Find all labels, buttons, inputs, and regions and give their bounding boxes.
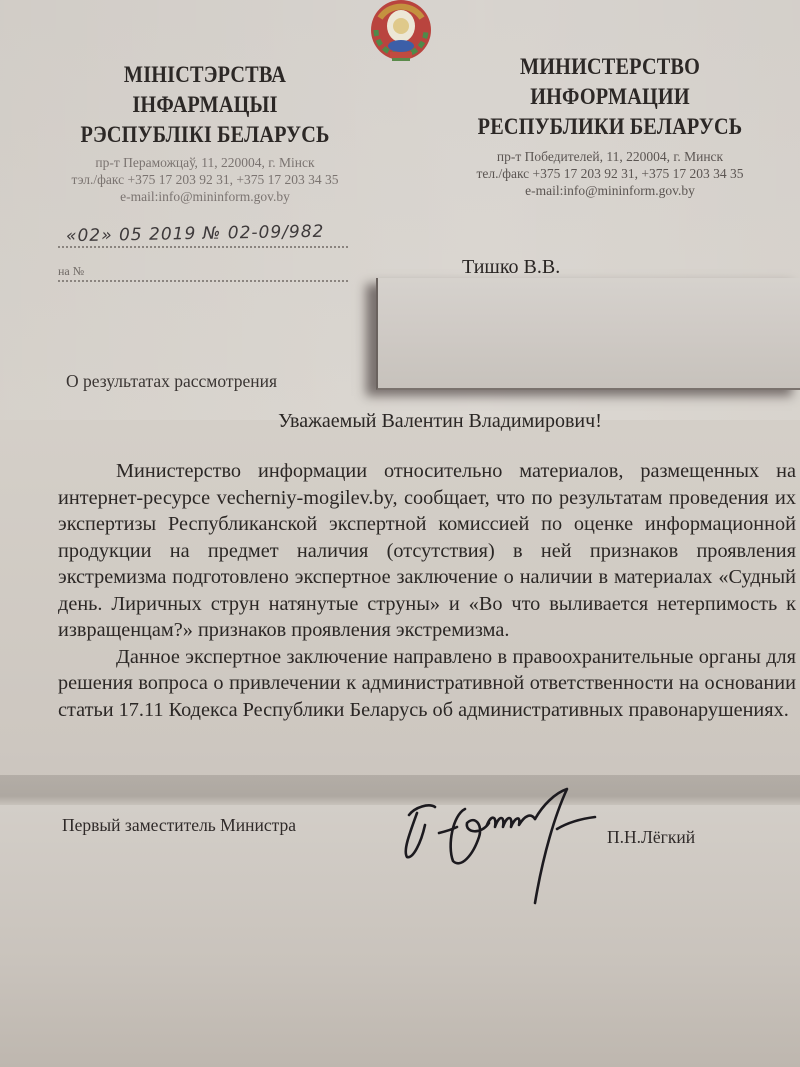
outgoing-reference: «02» 05 2019 № 02-09/982 на № <box>58 222 348 290</box>
signatory-name: П.Н.Лёгкий <box>607 827 695 848</box>
letterhead-belarusian: МІНІСТЭРСТВА ІНФАРМАЦЫІ РЭСПУБЛІКІ БЕЛАР… <box>40 60 370 205</box>
handwritten-signature-icon <box>395 785 605 910</box>
email-ru: e-mail:info@mininform.gov.by <box>440 182 780 199</box>
greeting: Уважаемый Валентин Владимирович! <box>0 410 800 433</box>
belarus-coat-of-arms-icon <box>366 0 436 64</box>
outgoing-date-number: «02» 05 2019 № 02-09/982 <box>66 222 325 247</box>
addressee: Тишко В.В. <box>462 256 560 279</box>
redacted-address-fold <box>376 278 800 390</box>
body-paragraph: Министерство информации относительно мат… <box>58 458 796 644</box>
email-be: e-mail:info@mininform.gov.by <box>40 188 370 205</box>
subject-line: О результатах рассмотрения <box>66 371 277 392</box>
signatory-position: Первый заместитель Министра <box>62 815 296 836</box>
phone-be: тэл./факс +375 17 203 92 31, +375 17 203… <box>40 171 370 188</box>
address-be: пр-т Пераможцаў, 11, 220004, г. Мінск <box>40 154 370 171</box>
address-ru: пр-т Победителей, 11, 220004, г. Минск <box>440 148 780 165</box>
letterhead-russian: МИНИСТЕРСТВО ИНФОРМАЦИИ РЕСПУБЛИКИ БЕЛАР… <box>440 52 780 199</box>
body-paragraph: Данное экспертное заключение направлено … <box>58 644 796 724</box>
phone-ru: тел./факс +375 17 203 92 31, +375 17 203… <box>440 165 780 182</box>
outgoing-date-line: «02» 05 2019 № 02-09/982 <box>58 222 348 248</box>
ministry-title-ru-line2: РЕСПУБЛИКИ БЕЛАРУСЬ <box>460 112 759 142</box>
letter-body: Министерство информации относительно мат… <box>58 458 796 723</box>
ministry-title-ru-line1: МИНИСТЕРСТВО ИНФОРМАЦИИ <box>460 52 759 112</box>
reference-line: на № <box>58 256 348 282</box>
reference-label: на № <box>58 264 84 279</box>
ministry-title-be-line1: МІНІСТЭРСТВА ІНФАРМАЦЫІ <box>60 60 350 120</box>
ministry-title-be-line2: РЭСПУБЛІКІ БЕЛАРУСЬ <box>60 120 350 150</box>
